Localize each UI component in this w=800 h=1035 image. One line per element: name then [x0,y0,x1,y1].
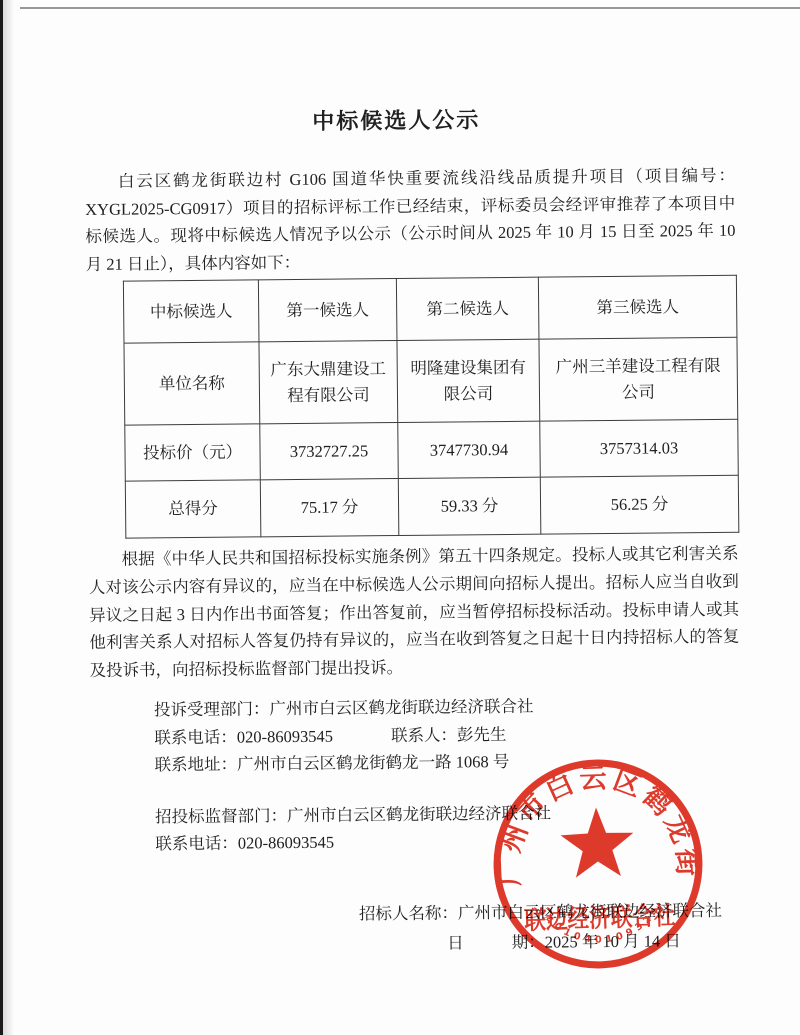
table-header-cell: 中标候选人 [123,280,259,343]
table-cell: 3747730.94 [398,422,541,479]
table-row-label: 单位名称 [124,342,260,425]
table-cell: 广州三羊建设工程有限公司 [539,338,738,422]
table-row: 单位名称 广东大鼎建设工程有限公司 明隆建设集团有限公司 广州三羊建设工程有限公… [124,338,738,426]
seal-star-icon [560,806,635,878]
table-header-row: 中标候选人 第一候选人 第二候选人 第三候选人 [123,276,737,344]
complaint-phone: 联系电话：020-86093545 [154,726,333,747]
table-row: 投标价（元） 3732727.25 3747730.94 3757314.03 [125,420,739,482]
scan-edge-top [20,7,800,9]
table-header-cell: 第三候选人 [538,276,737,340]
scan-edge-left-shadow [3,0,15,1035]
table-cell: 56.25 分 [540,476,739,535]
table-cell: 3757314.03 [540,420,739,478]
candidates-table: 中标候选人 第一候选人 第二候选人 第三候选人 单位名称 广东大鼎建设工程有限公… [123,275,739,539]
page-title: 中标候选人公示 [0,100,796,139]
table-cell: 明隆建设集团有限公司 [397,340,540,423]
table-cell: 59.33 分 [398,478,541,536]
table-row: 总得分 75.17 分 59.33 分 56.25 分 [125,476,739,539]
table-header-cell: 第二候选人 [396,278,539,341]
table-row-label: 投标价（元） [125,424,261,481]
complaint-person: 联系人：彭先生 [391,725,507,745]
date-label: 日 [447,934,464,953]
table-row-label: 总得分 [125,480,261,538]
seal-icon: 广州市白云区鹤龙街 联边经济联合社 4401040109324 [483,749,713,979]
table-header-cell: 第一候选人 [258,279,397,342]
table-cell: 广东大鼎建设工程有限公司 [259,341,398,424]
table-cell: 75.17 分 [260,479,399,537]
intro-paragraph: 白云区鹤龙街联边村 G106 国道华快重要流线沿线品质提升项目（项目编号：XYG… [85,162,736,279]
regulation-paragraph: 根据《中华人民共和国招标投标实施条例》第五十四条规定。投标人或其它利害关系人对该… [88,540,739,684]
table-cell: 3732727.25 [260,423,399,480]
official-seal-stamp: 广州市白云区鹤龙街 联边经济联合社 4401040109324 [483,749,713,979]
